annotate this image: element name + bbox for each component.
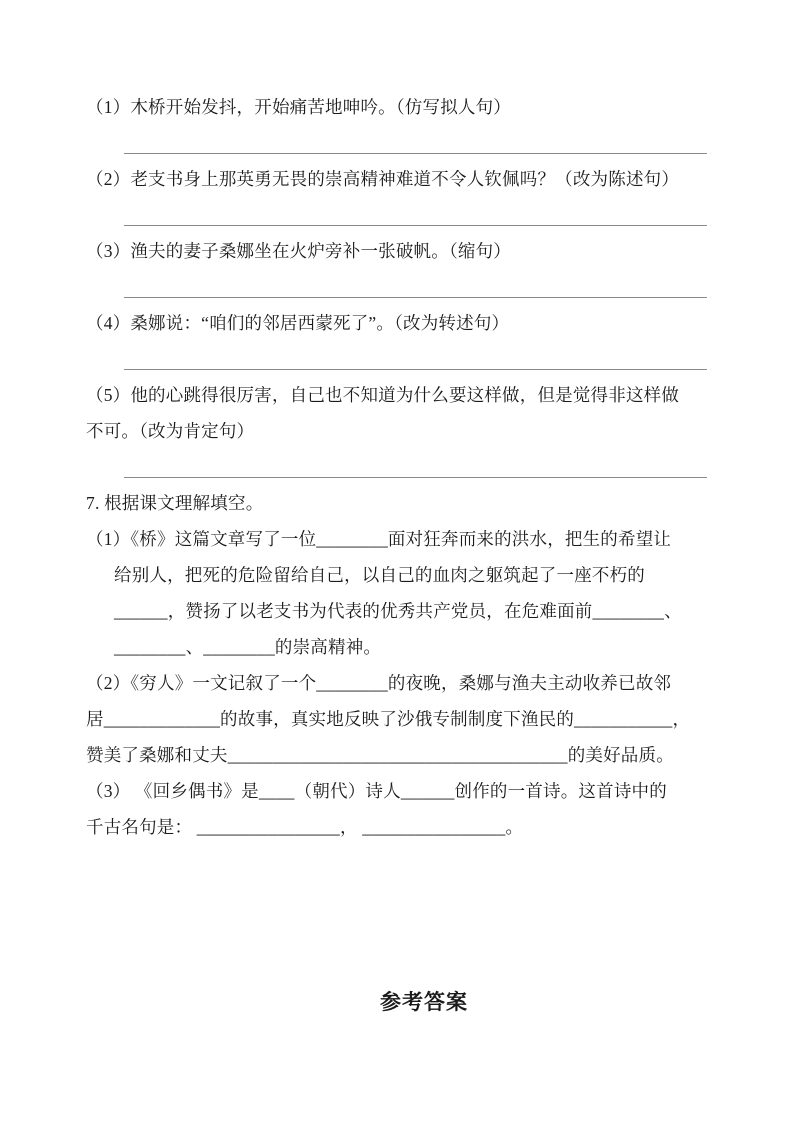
question-3-text: （3）渔夫的妻子桑娜坐在火炉旁补一张破帆。（缩句） xyxy=(86,233,710,269)
question-7-item-3-line-2: 千古名句是： ________________， _______________… xyxy=(86,809,710,845)
question-7-item-1-line-1: （1）《桥》这篇文章写了一位________面对狂奔而来的洪水，把生的希望让 xyxy=(86,521,710,557)
question-5-text-line-2: 不可。（改为肯定句） xyxy=(86,413,710,449)
worksheet-content: （1）木桥开始发抖，开始痛苦地呻吟。（仿写拟人句） （2）老支书身上那英勇无畏的… xyxy=(0,0,793,1020)
blank-spacer xyxy=(86,845,710,984)
answers-section: 参考答案 xyxy=(86,984,710,1020)
question-7-item-2-line-1: （2）《穷人》一文记叙了一个________的夜晚，桑娜与渔夫主动收养已故邻 xyxy=(86,665,710,701)
question-2: （2）老支书身上那英勇无畏的崇高精神难道不令人钦佩吗？（改为陈述句） xyxy=(86,161,710,233)
answer-blank-line xyxy=(124,297,707,298)
question-4: （4）桑娜说：“咱们的邻居西蒙死了”。（改为转述句） xyxy=(86,305,710,377)
question-7-item-2-line-2: 居_____________的故事，真实地反映了沙俄专制制度下渔民的______… xyxy=(86,701,710,737)
answer-blank-line xyxy=(124,477,707,478)
question-2-text: （2）老支书身上那英勇无畏的崇高精神难道不令人钦佩吗？（改为陈述句） xyxy=(86,161,710,197)
question-7-item-1-line-4: ________、________的崇高精神。 xyxy=(86,629,710,665)
worksheet-page: （1）木桥开始发抖，开始痛苦地呻吟。（仿写拟人句） （2）老支书身上那英勇无畏的… xyxy=(0,0,793,1122)
question-7-item-1-line-3: ______，赞扬了以老支书为代表的优秀共产党员，在危难面前________、 xyxy=(86,593,710,629)
answer-blank-line xyxy=(124,369,707,370)
answer-blank-line xyxy=(124,153,707,154)
question-5-text-line-1: （5）他的心跳得很厉害，自己也不知道为什么要这样做，但是觉得非这样做 xyxy=(86,377,710,413)
question-7-item-1: （1）《桥》这篇文章写了一位________面对狂奔而来的洪水，把生的希望让 给… xyxy=(86,521,710,665)
question-7-heading: 7. 根据课文理解填空。 xyxy=(86,485,710,521)
question-5: （5）他的心跳得很厉害，自己也不知道为什么要这样做，但是觉得非这样做 不可。（改… xyxy=(86,377,710,485)
question-4-answer-row xyxy=(86,341,710,377)
question-7-item-2: （2）《穷人》一文记叙了一个________的夜晚，桑娜与渔夫主动收养已故邻 居… xyxy=(86,665,710,773)
question-1-answer-row xyxy=(86,125,710,161)
reference-answers-heading: 参考答案 xyxy=(380,990,468,1014)
answer-blank-line xyxy=(124,225,707,226)
question-3-answer-row xyxy=(86,269,710,305)
question-7-item-1-line-2: 给别人，把死的危险留给自己，以自己的血肉之躯筑起了一座不朽的 xyxy=(86,557,710,593)
question-1-text: （1）木桥开始发抖，开始痛苦地呻吟。（仿写拟人句） xyxy=(86,89,710,125)
question-2-answer-row xyxy=(86,197,710,233)
question-7-item-3-line-1: （3） 《回乡偶书》是____（朝代）诗人______创作的一首诗。这首诗中的 xyxy=(86,773,710,809)
question-7-item-2-line-3: 赞美了桑娜和丈夫________________________________… xyxy=(86,737,710,773)
question-7-item-3: （3） 《回乡偶书》是____（朝代）诗人______创作的一首诗。这首诗中的 … xyxy=(86,773,710,845)
question-4-text: （4）桑娜说：“咱们的邻居西蒙死了”。（改为转述句） xyxy=(86,305,710,341)
question-3: （3）渔夫的妻子桑娜坐在火炉旁补一张破帆。（缩句） xyxy=(86,233,710,305)
question-5-answer-row xyxy=(86,449,710,485)
question-1: （1）木桥开始发抖，开始痛苦地呻吟。（仿写拟人句） xyxy=(86,89,710,161)
question-7: 7. 根据课文理解填空。 （1）《桥》这篇文章写了一位________面对狂奔而… xyxy=(86,485,710,845)
